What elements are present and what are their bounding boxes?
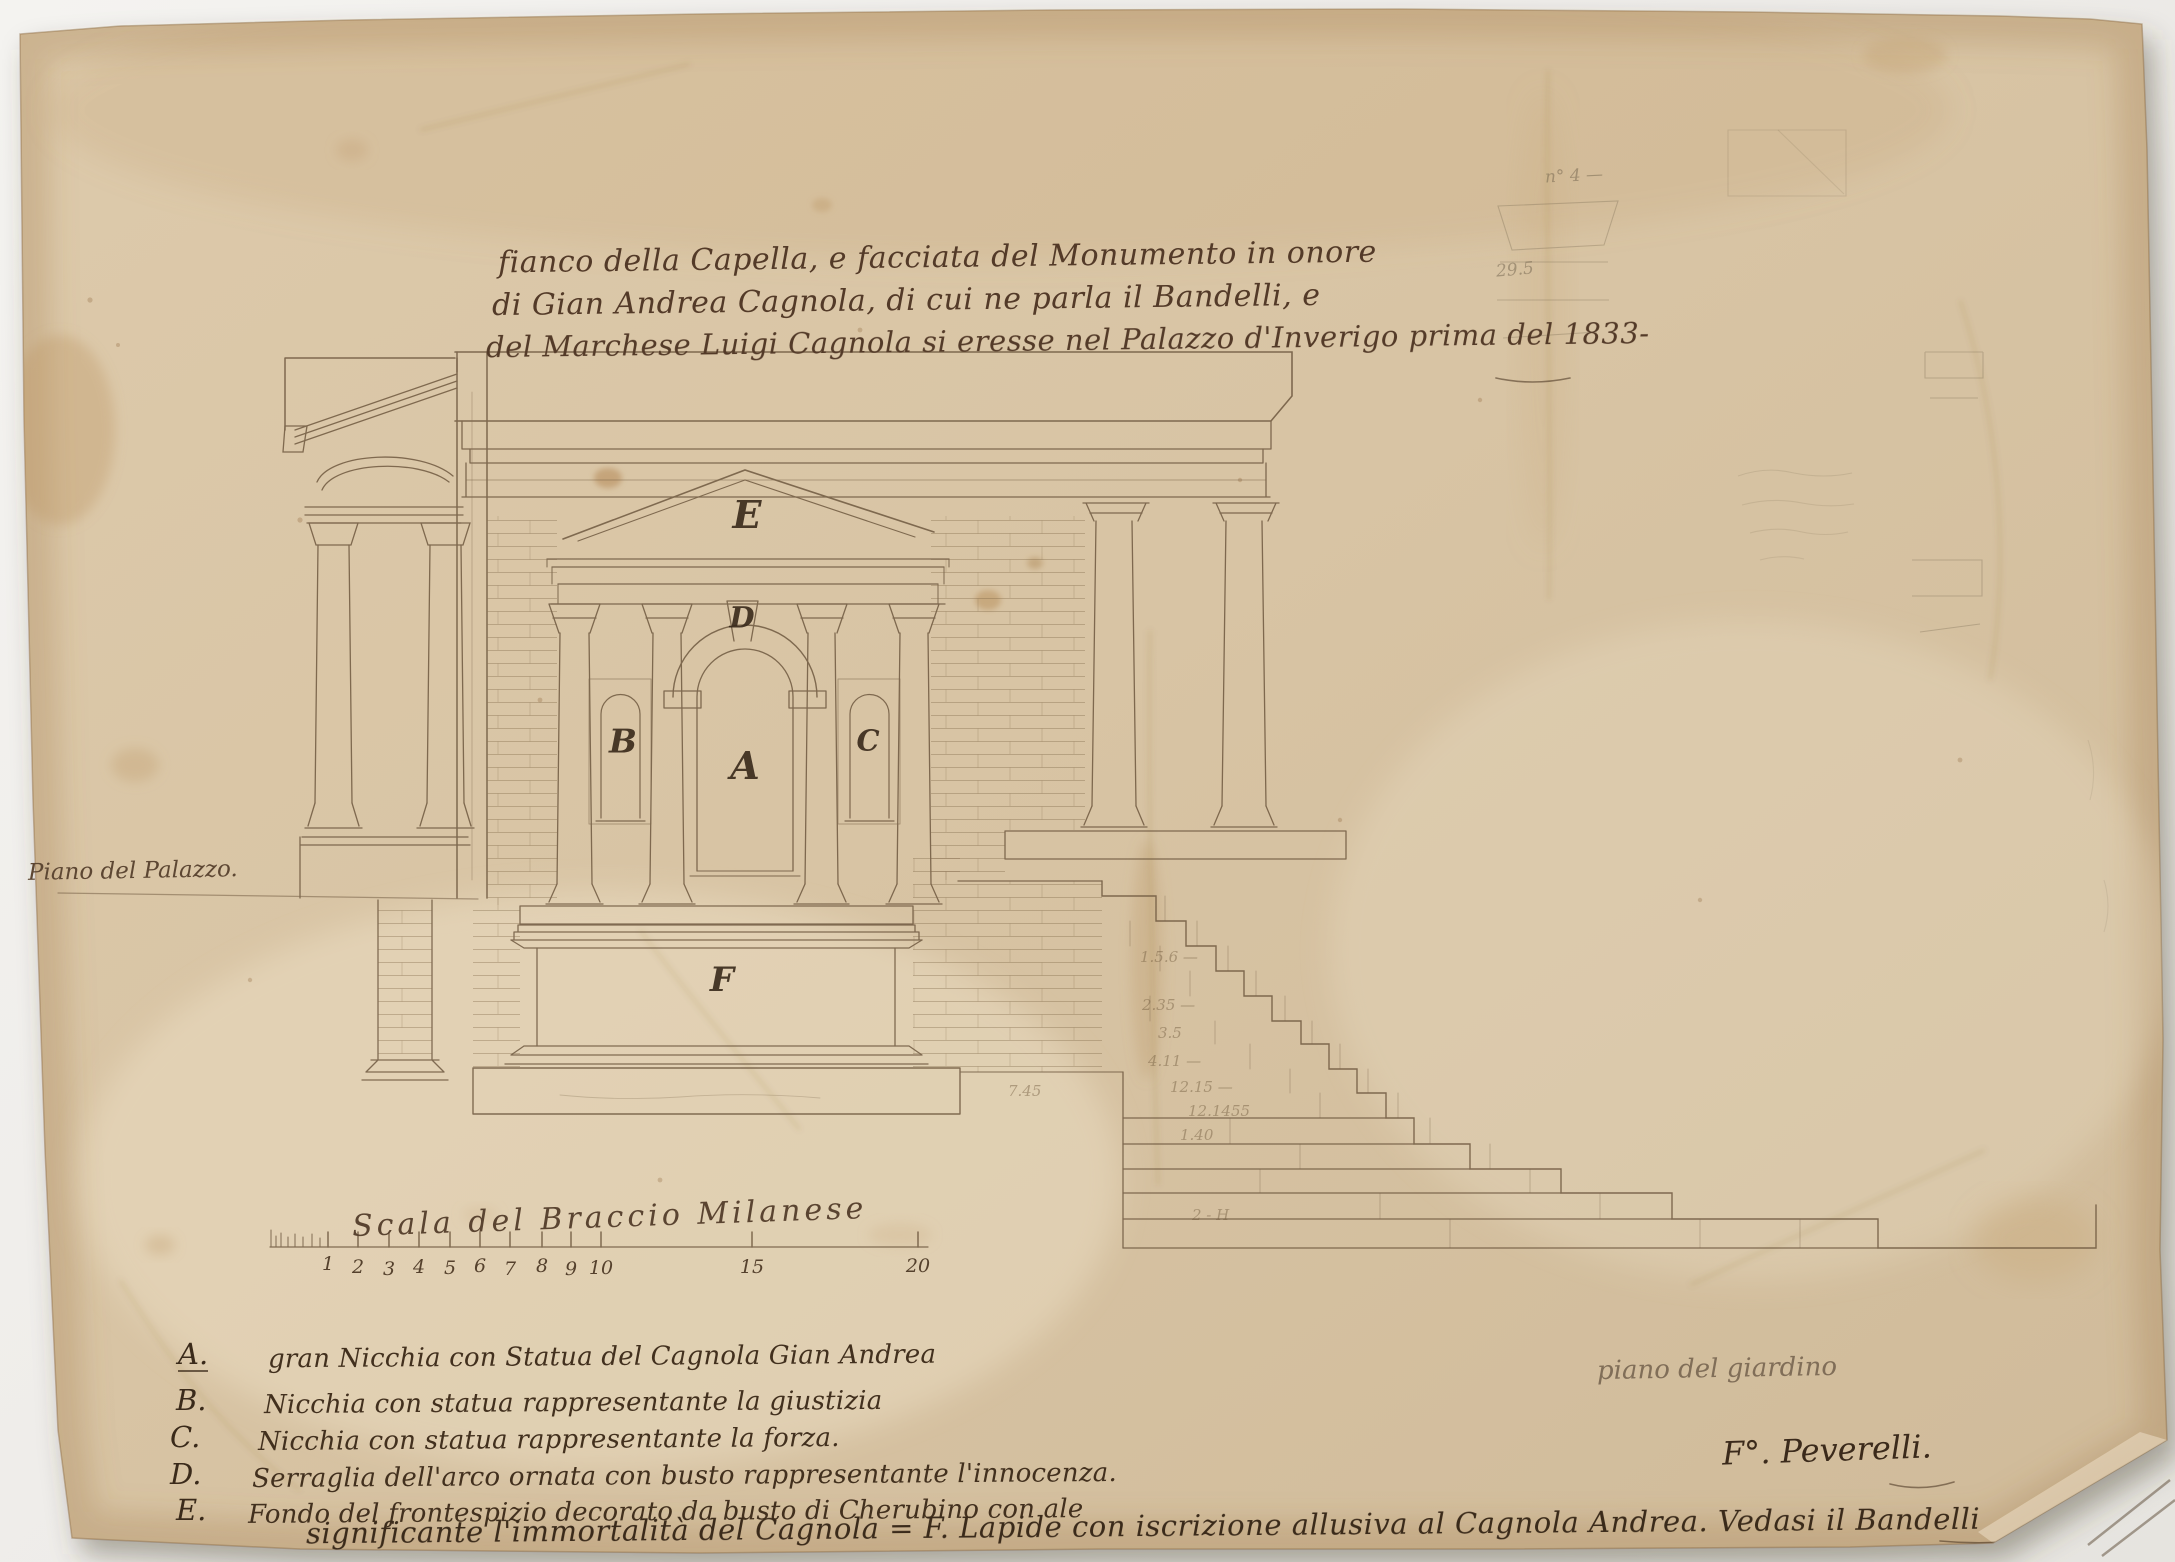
scale-number: 4 [413, 1256, 425, 1278]
scale-number: 15 [740, 1256, 764, 1278]
photographed-drawing-sheet: fianco della Capella, e facciata del Mon… [0, 0, 2175, 1562]
scale-number: 10 [589, 1257, 613, 1279]
scale-number: 9 [565, 1258, 577, 1280]
architectural-drawing-svg [0, 0, 2175, 1562]
scale-number: 7 [504, 1258, 516, 1280]
scale-number: 3 [383, 1258, 395, 1280]
scale-number: 8 [536, 1255, 548, 1277]
scale-number: 20 [906, 1255, 930, 1277]
scale-number: 6 [474, 1255, 486, 1277]
scale-number: 1 [322, 1253, 334, 1275]
scale-number: 2 [352, 1256, 364, 1278]
scale-number: 5 [444, 1257, 456, 1279]
